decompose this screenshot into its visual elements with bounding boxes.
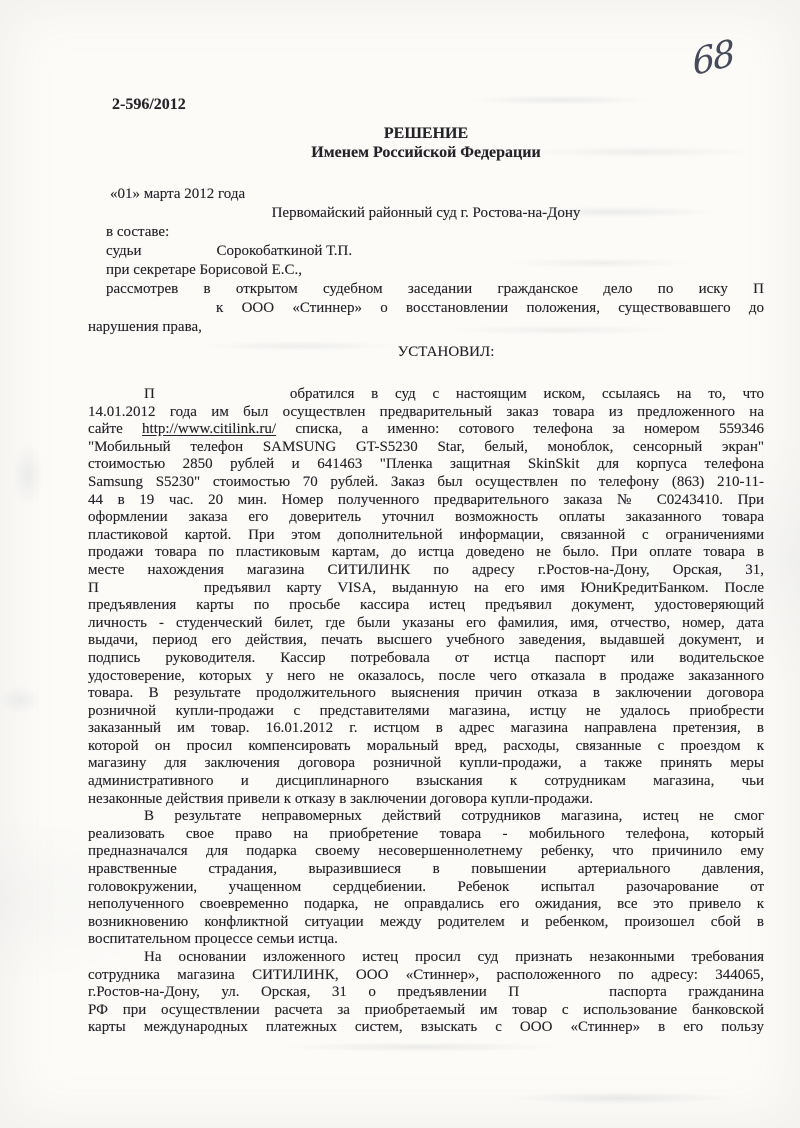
considered-line: рассмотрев в открытом судебном заседании… [106,280,764,299]
text-line: В результате неправомерных действий сотр… [88,808,764,826]
text-line: стоимостью 2850 рублей и 641463 "Пленка … [88,456,764,474]
text-line: 44 в 19 час. 20 мин. Номер полученного п… [88,492,764,510]
established-heading: УСТАНОВИЛ: [88,343,764,362]
paragraph: П обратился в суд с настоящим иском, ссы… [88,386,764,808]
text-line: сотрудника магазина СИТИЛИНК, ООО «Стинн… [88,967,764,985]
text-line: товара. В результате продолжительного вы… [88,685,764,703]
text-line: Samsung S5230" стоимостью 70 рублей. Зак… [88,474,764,492]
text-line: которой он просил компенсировать моральн… [88,738,764,756]
text-line: РФ при осуществлении расчета за приобрет… [88,1002,764,1020]
text-line: оформлении заказа его доверитель уточнил… [88,509,764,527]
body-paragraphs: П обратился в суд с настоящим иском, ссы… [88,386,764,1037]
secretary-line: при секретаре Борисовой Е.С., [106,261,764,280]
text-line: возникновению конфликтной ситуации между… [88,914,764,932]
claim-line-continued: нарушения права, [88,318,764,337]
text-line: предназначался для подарка своему несове… [88,843,764,861]
court-name: Первомайский районный суд г. Ростова-на-… [88,204,764,223]
url-text: http://www.citilink.ru/ [142,421,276,437]
text-line: сайте http://www.citilink.ru/ списка, а … [88,421,764,439]
text-segment: списка, а именно: сотового телефона за н… [276,421,764,437]
decision-date: «01» марта 2012 года [110,185,764,204]
composition-intro: в составе: [106,223,764,242]
text-line: 14.01.2012 года им был осуществлен предв… [88,404,764,422]
text-line: подпись руководителя. Кассир потребовала… [88,650,764,668]
document-content: 2-596/2012 РЕШЕНИЕ Именем Российской Фед… [88,0,764,1037]
text-line: пластиковой картой. При этом дополнитель… [88,527,764,545]
text-line: П обратился в суд с настоящим иском, ссы… [88,386,764,404]
judge-line: судьи Сорокобаткиной Т.П. [106,242,764,261]
text-line: карты международных платежных систем, вз… [88,1019,764,1037]
text-line: предъявления карты по просьбе кассира ис… [88,597,764,615]
text-segment: сайте [88,421,142,437]
scanned-document-page: 68 2-596/2012 РЕШЕНИЕ Именем Российской … [0,0,800,1128]
text-line: административного и дисциплинарного взыс… [88,773,764,791]
case-number: 2-596/2012 [112,95,764,114]
text-line: П предъявил карту VISA, выданную на его … [88,580,764,598]
text-line: "Мобильный телефон SAMSUNG GT-S5230 Star… [88,439,764,457]
text-line: продажи товара по пластиковым картам, до… [88,544,764,562]
text-line: г.Ростов-на-Дону, ул. Орская, 31 о предъ… [88,984,764,1002]
text-line: На основании изложенного истец просил су… [88,949,764,967]
text-line: неполученного своевременно подарка, не о… [88,896,764,914]
text-line: личность - студенческий билет, где были … [88,615,764,633]
document-title: РЕШЕНИЕ [88,124,764,143]
text-line: месте нахождения магазина СИТИЛИНК по ад… [88,562,764,580]
text-line: незаконные действия привели к отказу в з… [88,791,764,809]
text-line: нравственные страдания, выразившиеся в п… [88,861,764,879]
text-line: реализовать свое право на приобретение т… [88,826,764,844]
text-line: выдачи, период его действия, печать высш… [88,632,764,650]
text-line: розничной купли-продажи с представителям… [88,703,764,721]
paragraph: В результате неправомерных действий сотр… [88,808,764,949]
text-line: магазину для заключения договора розничн… [88,755,764,773]
text-line: воспитательном процессе семьи истца. [88,931,764,949]
text-line: головокружении, учащенном сердцебиении. … [88,879,764,897]
text-line: заказанный им товар. 16.01.2012 г. истцо… [88,720,764,738]
paragraph: На основании изложенного истец просил су… [88,949,764,1037]
claim-line: к ООО «Стиннер» о восстановлении положен… [106,299,764,318]
text-line: удостоверение, которых у него не оказало… [88,668,764,686]
document-subtitle: Именем Российской Федерации [88,143,764,162]
